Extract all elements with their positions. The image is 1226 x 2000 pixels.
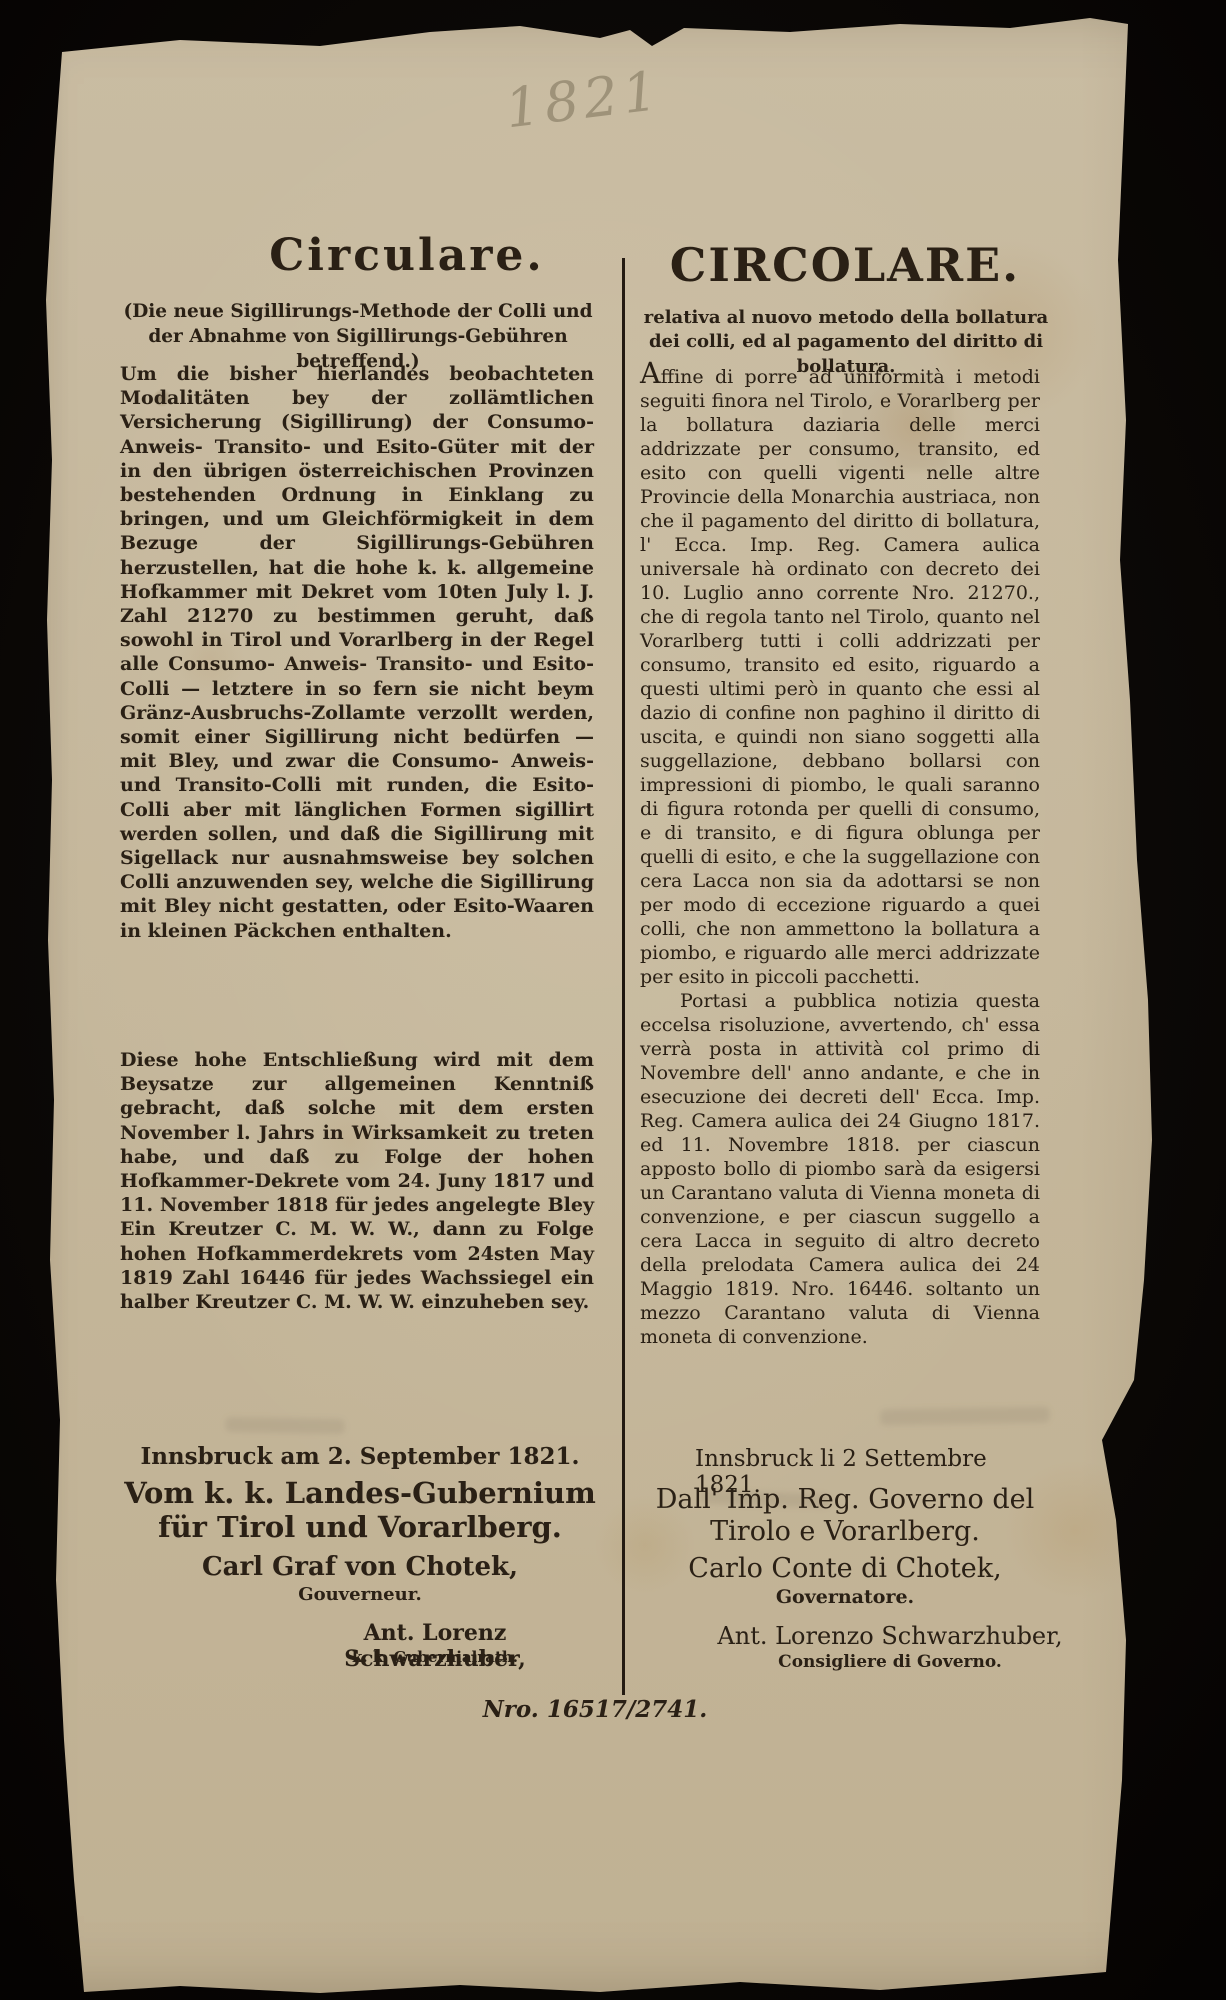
registry-number: Nro. 16517/2741. — [445, 1696, 745, 1723]
italian-counselor-title: Consigliere di Governo. — [680, 1652, 1100, 1672]
italian-paragraph-1-text: Affine di porre ad uniformità i metodi s… — [640, 362, 1040, 989]
german-paragraph-1: Um die bisher hierlandes beobachteten Mo… — [120, 362, 594, 943]
italian-title: CIRCOLARE. — [640, 238, 1050, 292]
italian-body: Affine di porre ad uniformità i metodi s… — [640, 362, 1040, 1349]
handwritten-year-annotation: 1821 — [502, 59, 666, 141]
german-issuer: Vom k. k. Landes-Gubernium für Tirol und… — [120, 1477, 600, 1544]
german-paragraph-2-text: Diese hohe Entschließung wird mit dem Be… — [120, 1049, 594, 1313]
paper-sheet: 1821 Circulare. (Die neue Sigillirungs-M… — [0, 0, 1226, 2000]
ink-bleed-smudge — [880, 1407, 1050, 1426]
german-counselor-title: k. k. Gubernialrath. — [270, 1648, 600, 1666]
italian-governor-signature: Carlo Conte di Chotek, — [615, 1553, 1075, 1584]
italian-governor-title: Governatore. — [615, 1586, 1075, 1608]
german-dateline: Innsbruck am 2. September 1821. — [120, 1443, 600, 1470]
german-title: Circulare. — [170, 230, 644, 281]
italian-counselor-signature: Ant. Lorenzo Schwarzhuber, — [680, 1622, 1100, 1650]
german-paragraph-1-text: Um die bisher hierlandes beobachteten Mo… — [120, 363, 594, 942]
italian-paragraph-2-text: Portasi a pubblica notizia questa eccels… — [640, 989, 1040, 1349]
german-paragraph-2: Diese hohe Entschließung wird mit dem Be… — [120, 1048, 594, 1314]
german-governor-title: Gouverneur. — [120, 1584, 600, 1605]
german-governor-signature: Carl Graf von Chotek, — [120, 1552, 600, 1582]
ink-bleed-smudge — [225, 1417, 345, 1434]
column-divider-rule — [622, 258, 625, 1695]
scanned-document-page: 1821 Circulare. (Die neue Sigillirungs-M… — [0, 0, 1226, 2000]
italian-issuer: Dall' Imp. Reg. Governo del Tirolo e Vor… — [615, 1484, 1075, 1548]
